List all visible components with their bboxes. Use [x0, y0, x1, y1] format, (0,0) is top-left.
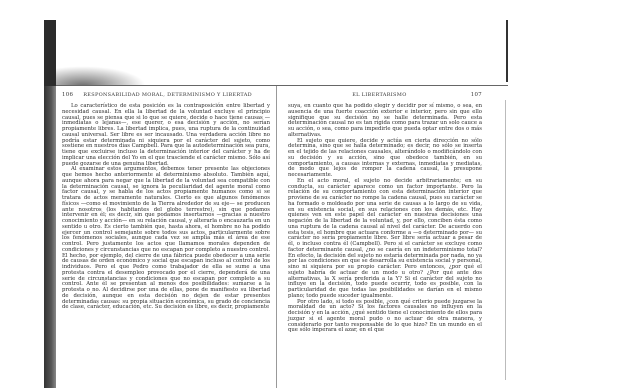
- left-page: 106 RESPONSABILIDAD MORAL, DETERMINISMO …: [62, 90, 270, 311]
- running-head: RESPONSABILIDAD MORAL, DETERMINISMO Y LI…: [73, 92, 270, 98]
- right-page-edge-faint: [505, 100, 506, 380]
- page-number: 107: [471, 92, 482, 98]
- paragraph: El sujeto que quiere, decide y actúa en …: [288, 139, 482, 179]
- paragraph: Por otro lado, si todo es posible, ¿con …: [288, 300, 482, 335]
- paragraph: Al examinar estos argumentos, debemos te…: [62, 167, 270, 311]
- right-page-header: EL LIBERTARISMO 107: [288, 90, 482, 99]
- scan-edge-dark: [44, 20, 56, 86]
- right-page-body: suya, en cuanto que ha podido elegir y d…: [288, 104, 482, 334]
- right-page: EL LIBERTARISMO 107 suya, en cuanto que …: [288, 90, 482, 334]
- left-page-header: 106 RESPONSABILIDAD MORAL, DETERMINISMO …: [62, 90, 270, 99]
- paragraph: Lo característico de esta posición es la…: [62, 104, 270, 167]
- gutter-divider: [276, 86, 277, 388]
- scan-smudge: [56, 66, 146, 86]
- paragraph: suya, en cuanto que ha podido elegir y d…: [288, 104, 482, 139]
- paragraph: En el acto moral, el sujeto no decide ar…: [288, 179, 482, 300]
- page-number: 106: [62, 92, 73, 98]
- running-head: EL LIBERTARISMO: [288, 92, 471, 98]
- left-page-body: Lo característico de esta posición es la…: [62, 104, 270, 311]
- right-page-edge: [506, 20, 508, 82]
- page-top-edge: [56, 85, 508, 86]
